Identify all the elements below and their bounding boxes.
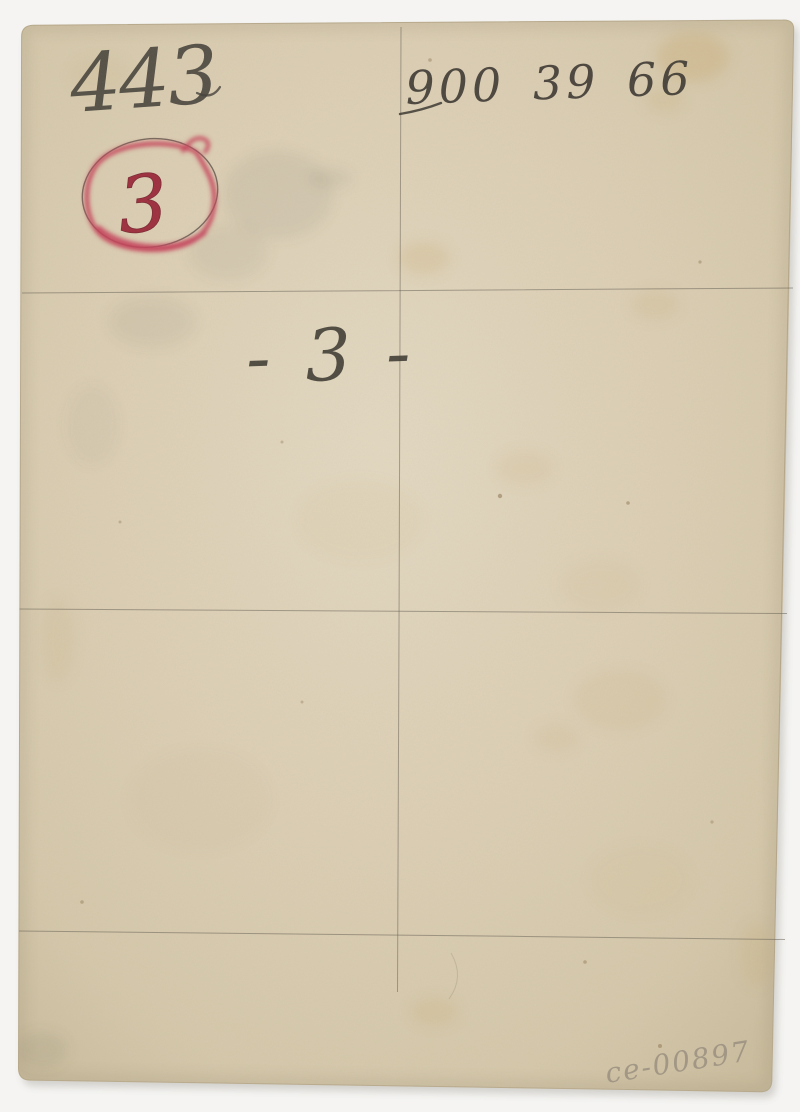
photo-backdrop: 443 900 39 66 3 - 3 - ce-00897 [0,0,800,1112]
photo-back-scan: 443 900 39 66 3 - 3 - ce-00897 [0,0,800,1112]
paper-grain-texture [18,19,796,1094]
